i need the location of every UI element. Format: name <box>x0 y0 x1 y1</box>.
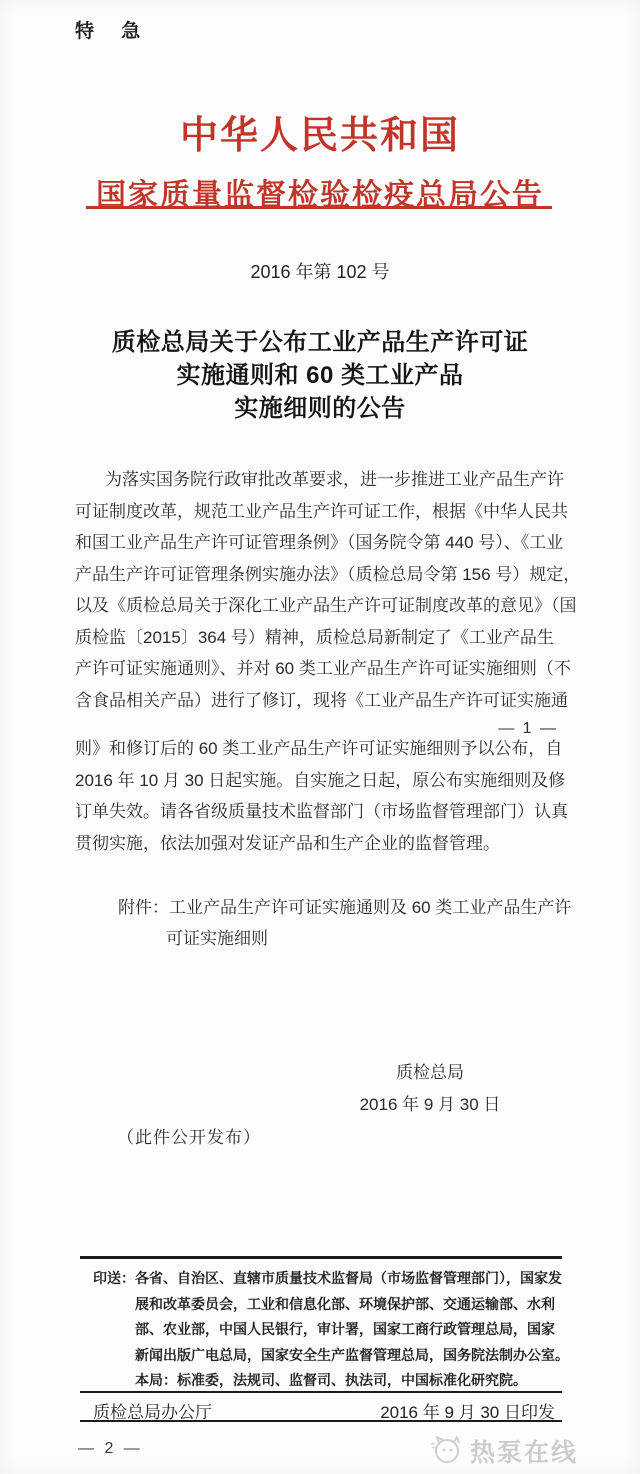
watermark: 热泵在线 <box>428 1430 578 1471</box>
footer-top-divider <box>80 1256 562 1259</box>
body-line: 质检监〔2015〕364 号）精神，质检总局新制定了《工业产品生 <box>75 622 575 654</box>
footer-page-number: — 2 — <box>78 1440 143 1458</box>
body-line: 产品生产许可证管理条例实施办法》（质检总局令第 156 号）规定， <box>75 559 575 591</box>
body-line: 为落实国务院行政审批改革要求，进一步推进工业产品生产许 <box>75 464 575 496</box>
public-release-note: （此件公开发布） <box>117 1123 261 1148</box>
footer-bottom-divider <box>80 1420 562 1422</box>
signature-agency: 质检总局 <box>280 1058 580 1083</box>
document-title: 质检总局关于公布工业产品生产许可证 实施通则和 60 类工业产品 实施细则的公告 <box>0 326 640 425</box>
document-title-line: 质检总局关于公布工业产品生产许可证 <box>0 326 640 359</box>
watermark-text: 热泵在线 <box>470 1433 578 1469</box>
body-line: 以及《质检总局关于深化工业产品生产许可证制度改革的意见》（国 <box>75 590 575 622</box>
body-line: 和国工业产品生产许可证管理条例》（国务院令第 440 号）、《工业 <box>75 527 575 559</box>
body-line: 则》和修订后的 60 类工业产品生产许可证实施细则予以公布，自 <box>75 733 575 765</box>
attachment-note-line2: 可证实施细则 <box>166 924 268 949</box>
red-header-divider <box>86 206 552 209</box>
attachment-note-line1: 附件：工业产品生产许可证实施通则及 60 类工业产品生产许 <box>118 893 571 918</box>
header-country-title: 中华人民共和国 <box>0 104 640 159</box>
cat-mascot-icon <box>428 1430 464 1471</box>
body-line: 贯彻实施，依法加强对发证产品和生产企业的监督管理。 <box>75 828 575 860</box>
distribution-list: 印送：各省、自治区、直辖市质量技术监督局（市场监督管理部门），国家发 展和改革委… <box>93 1266 579 1394</box>
body-line: 2016 年 10 月 30 日起实施。自实施之日起，原公布实施细则及修 <box>75 765 575 797</box>
urgency-label: 特 急 <box>75 16 142 43</box>
signature-date: 2016 年 9 月 30 日 <box>280 1090 580 1115</box>
body-line: 含食品相关产品）进行了修订，现将《工业产品生产许可证实施通 <box>75 685 575 717</box>
distribution-line: 印送：各省、自治区、直辖市质量技术监督局（市场监督管理部门），国家发 <box>93 1266 579 1292</box>
distribution-line: 部、农业部，中国人民银行，审计署，国家工商行政管理总局，国家 <box>93 1317 579 1343</box>
document-page: 特 急 中华人民共和国 国家质量监督检验检疫总局公告 2016 年第 102 号… <box>0 0 640 1474</box>
distribution-line: 新闻出版广电总局，国家安全生产监督管理总局，国务院法制办公室。 <box>93 1343 579 1369</box>
document-title-line: 实施细则的公告 <box>0 392 640 425</box>
document-title-line: 实施通则和 60 类工业产品 <box>0 359 640 392</box>
distribution-line: 展和改革委员会，工业和信息化部、环境保护部、交通运输部、水利 <box>93 1292 579 1318</box>
document-number: 2016 年第 102 号 <box>0 258 640 284</box>
body-line: 产许可证实施通则》、并对 60 类工业产品生产许可证实施细则（不 <box>75 653 575 685</box>
footer-middle-divider <box>80 1391 562 1393</box>
distribution-line: 本局：标准委，法规司、监督司、执法司，中国标准化研究院。 <box>93 1368 579 1394</box>
body-paragraph-part2: 则》和修订后的 60 类工业产品生产许可证实施细则予以公布，自 2016 年 1… <box>75 733 575 859</box>
body-line: 订单失效。请各省级质量技术监督部门（市场监督管理部门）认真 <box>75 796 575 828</box>
body-line: 可证制度改革，规范工业产品生产许可证工作，根据《中华人民共 <box>75 496 575 528</box>
body-paragraph-part1: 为落实国务院行政审批改革要求，进一步推进工业产品生产许 可证制度改革，规范工业产… <box>75 464 575 716</box>
